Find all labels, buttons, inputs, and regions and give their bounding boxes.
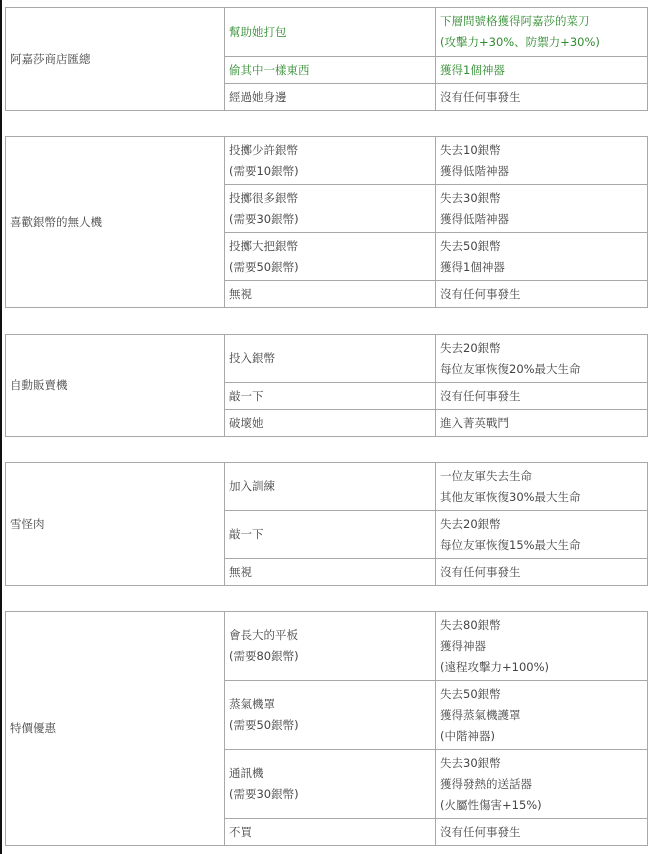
result-cell: 一位友軍失去生命 其他友軍恢復30%最大生命 [436,463,648,511]
result-text: 獲得低階神器 [440,161,643,182]
choice-requirement: (需要80銀幣) [229,646,431,667]
choice-text: 會長大的平板 [229,625,431,646]
result-text: 獲得1個神器 [440,257,643,278]
result-text: 失去80銀幣 [440,615,643,636]
choice-cell: 蒸氣機罩 (需要50銀幣) [225,681,436,750]
event-name-cell: 雪怪肉 [6,463,225,586]
result-text: 獲得蒸氣機護罩 [440,705,643,726]
result-cell: 沒有任何事發生 [436,281,648,308]
choice-requirement: (需要50銀幣) [229,257,431,278]
choice-cell: 投擲少許銀幣 (需要10銀幣) [225,137,436,185]
choice-cell: 投入銀幣 [225,335,436,383]
event-name-cell: 阿嘉莎商店匯總 [6,8,225,111]
result-text: 失去30銀幣 [440,188,643,209]
choice-requirement: (需要50銀幣) [229,715,431,736]
result-text: 一位友軍失去生命 [440,466,643,487]
result-text: 沒有任何事發生 [440,284,643,305]
result-cell: 沒有任何事發生 [436,84,648,111]
result-text: 獲得神器 [440,636,643,657]
choice-text: 無視 [229,284,431,305]
event-name: 雪怪肉 [10,514,220,535]
result-text: 沒有任何事發生 [440,87,643,108]
choice-text: 偷其中一樣東西 [229,60,431,81]
result-cell: 失去10銀幣 獲得低階神器 [436,137,648,185]
table-row: 雪怪肉 加入訓練 一位友軍失去生命 其他友軍恢復30%最大生命 [6,463,648,511]
event-table-vending-machine: 自動販賣機 投入銀幣 失去20銀幣 每位友軍恢復20%最大生命 敲一下 沒有任何… [5,334,648,437]
choice-text: 經過她身邊 [229,87,431,108]
choice-cell: 無視 [225,559,436,586]
result-text: 失去10銀幣 [440,140,643,161]
event-table-coin-drone: 喜歡銀幣的無人機 投擲少許銀幣 (需要10銀幣) 失去10銀幣 獲得低階神器 投… [5,136,648,308]
table-row: 特價優惠 會長大的平板 (需要80銀幣) 失去80銀幣 獲得神器 (遠程攻擊力+… [6,612,648,681]
event-name: 阿嘉莎商店匯總 [10,49,220,70]
result-cell: 獲得1個神器 [436,57,648,84]
table-row: 阿嘉莎商店匯總 幫助她打包 下層問號格獲得阿嘉莎的菜刀 (攻擊力+30%、防禦力… [6,8,648,57]
result-cell: 沒有任何事發生 [436,559,648,586]
choice-cell: 敲一下 [225,511,436,559]
result-text: 每位友軍恢復20%最大生命 [440,359,643,380]
choice-cell: 敲一下 [225,383,436,410]
result-text: (中階神器) [440,726,643,747]
result-cell: 失去30銀幣 獲得低階神器 [436,185,648,233]
table-row: 喜歡銀幣的無人機 投擲少許銀幣 (需要10銀幣) 失去10銀幣 獲得低階神器 [6,137,648,185]
result-text: 獲得發熱的送話器 [440,774,643,795]
result-text: 獲得低階神器 [440,209,643,230]
result-cell: 失去20銀幣 每位友軍恢復20%最大生命 [436,335,648,383]
event-name: 自動販賣機 [10,375,220,396]
choice-requirement: (需要30銀幣) [229,209,431,230]
choice-cell: 投擲很多銀幣 (需要30銀幣) [225,185,436,233]
result-text: (火屬性傷害+15%) [440,795,643,816]
result-text: 沒有任何事發生 [440,562,643,583]
result-text: 沒有任何事發生 [440,822,643,843]
event-name: 特價優惠 [10,718,220,739]
result-cell: 失去30銀幣 獲得發熱的送話器 (火屬性傷害+15%) [436,750,648,819]
choice-text: 通訊機 [229,763,431,784]
choice-cell: 加入訓練 [225,463,436,511]
result-text: 失去50銀幣 [440,236,643,257]
result-cell: 失去50銀幣 獲得蒸氣機護罩 (中階神器) [436,681,648,750]
choice-text: 投擲大把銀幣 [229,236,431,257]
choice-text: 投入銀幣 [229,348,431,369]
event-name-cell: 自動販賣機 [6,335,225,437]
event-name-cell: 喜歡銀幣的無人機 [6,137,225,308]
result-text: 其他友軍恢復30%最大生命 [440,487,643,508]
event-name-cell: 特價優惠 [6,612,225,846]
result-cell: 失去50銀幣 獲得1個神器 [436,233,648,281]
choice-cell: 經過她身邊 [225,84,436,111]
choice-requirement: (需要10銀幣) [229,161,431,182]
choice-text: 破壞她 [229,413,431,434]
result-cell: 失去20銀幣 每位友軍恢復15%最大生命 [436,511,648,559]
choice-cell: 偷其中一樣東西 [225,57,436,84]
choice-text: 敲一下 [229,524,431,545]
page-left-border [0,0,2,854]
result-cell: 沒有任何事發生 [436,383,648,410]
choice-cell: 幫助她打包 [225,8,436,57]
result-text: 進入菁英戰鬥 [440,413,643,434]
result-text: 沒有任何事發生 [440,386,643,407]
choice-cell: 會長大的平板 (需要80銀幣) [225,612,436,681]
choice-text: 投擲很多銀幣 [229,188,431,209]
result-text: 獲得1個神器 [440,60,643,81]
choice-text: 加入訓練 [229,476,431,497]
choice-cell: 不買 [225,819,436,846]
choice-requirement: (需要30銀幣) [229,784,431,805]
choice-cell: 通訊機 (需要30銀幣) [225,750,436,819]
result-text: (攻擊力+30%、防禦力+30%) [440,32,643,53]
choice-text: 無視 [229,562,431,583]
event-name: 喜歡銀幣的無人機 [10,212,220,233]
event-table-yeti-meat: 雪怪肉 加入訓練 一位友軍失去生命 其他友軍恢復30%最大生命 敲一下 失去20… [5,462,648,586]
choice-text: 蒸氣機罩 [229,694,431,715]
choice-text: 不買 [229,822,431,843]
result-text: 失去30銀幣 [440,753,643,774]
event-table-special-offer: 特價優惠 會長大的平板 (需要80銀幣) 失去80銀幣 獲得神器 (遠程攻擊力+… [5,611,648,846]
choice-cell: 投擲大把銀幣 (需要50銀幣) [225,233,436,281]
choice-cell: 無視 [225,281,436,308]
event-table-agatha-shop: 阿嘉莎商店匯總 幫助她打包 下層問號格獲得阿嘉莎的菜刀 (攻擊力+30%、防禦力… [5,7,648,111]
choice-text: 幫助她打包 [229,22,431,43]
choice-text: 投擲少許銀幣 [229,140,431,161]
result-text: 失去50銀幣 [440,684,643,705]
table-row: 自動販賣機 投入銀幣 失去20銀幣 每位友軍恢復20%最大生命 [6,335,648,383]
result-cell: 進入菁英戰鬥 [436,410,648,437]
result-cell: 沒有任何事發生 [436,819,648,846]
result-cell: 失去80銀幣 獲得神器 (遠程攻擊力+100%) [436,612,648,681]
result-text: 失去20銀幣 [440,338,643,359]
result-cell: 下層問號格獲得阿嘉莎的菜刀 (攻擊力+30%、防禦力+30%) [436,8,648,57]
result-text: 失去20銀幣 [440,514,643,535]
result-text: (遠程攻擊力+100%) [440,657,643,678]
choice-text: 敲一下 [229,386,431,407]
result-text: 每位友軍恢復15%最大生命 [440,535,643,556]
result-text: 下層問號格獲得阿嘉莎的菜刀 [440,11,643,32]
choice-cell: 破壞她 [225,410,436,437]
